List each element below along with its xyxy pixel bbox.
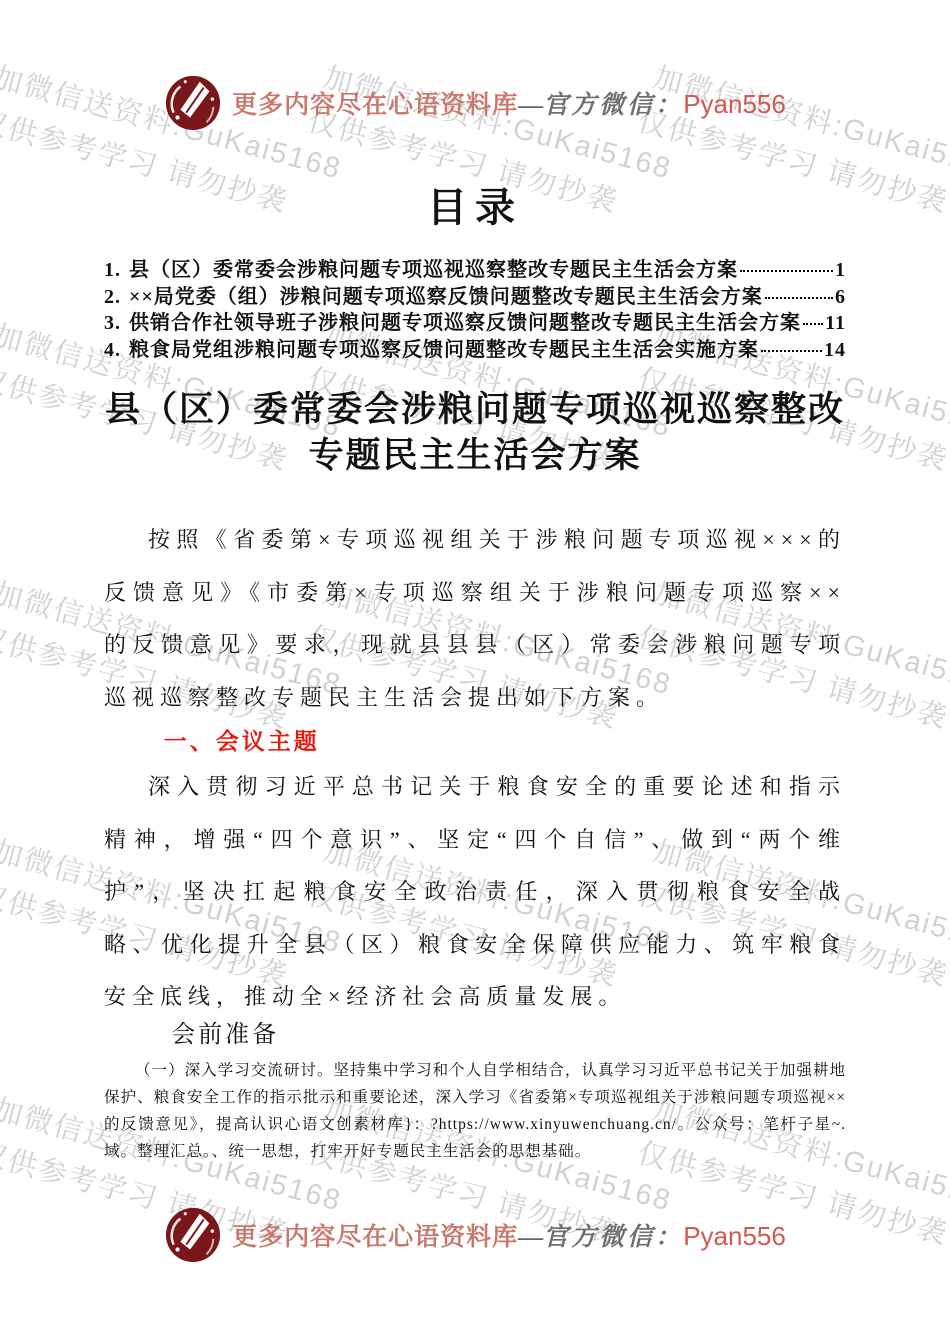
document-content: 更多内容尽在心语资料库—官方微信：Pyan556 目录 1. 县（区）委常委会涉… [0,0,950,1344]
toc-list: 1. 县（区）委常委会涉粮问题专项巡视巡察整改专题民主生活会方案 1 2. ××… [104,257,846,364]
meeting-theme-paragraph: 深入贯彻习近平总书记关于粮食安全的重要论述和指示精神，增强“四个意识”、坚定“四… [104,761,846,1024]
toc-dot-leader [803,323,823,325]
toc-entry-number: 2. [104,284,121,311]
toc-entry-number: 3. [104,310,121,337]
toc-entry-title: 县（区）委常委会涉粮问题专项巡视巡察整改专题民主生活会方案 [129,257,738,284]
brand-wechat-label: 官方微信： [543,1224,683,1251]
toc-title: 目录 [0,184,950,232]
toc-dot-leader [740,270,833,272]
toc-entry-page: 1 [835,257,846,284]
section-heading-meeting-theme: 一、会议主题 [104,726,320,756]
brand-dash: — [518,92,543,119]
xinyuwenchuang-url-link[interactable]: https://www.xinyuwenchuang.cn/ [439,1116,677,1133]
xinyu-pen-logo-icon [164,1206,222,1264]
document-title-line2: 专题民主生活会方案 [60,433,890,479]
brand-wechat-id: Pyan556 [683,1221,786,1251]
toc-entry-1[interactable]: 1. 县（区）委常委会涉粮问题专项巡视巡察整改专题民主生活会方案 1 [104,257,846,284]
xinyu-pen-logo-icon [164,74,222,132]
brand-wechat-label: 官方微信： [543,92,683,119]
header-brand-text: 更多内容尽在心语资料库—官方微信：Pyan556 [232,85,786,121]
brand-wechat-id: Pyan556 [683,89,786,119]
toc-entry-title: ××局党委（组）涉粮问题专项巡察反馈问题整改专题民主生活会方案 [129,284,763,311]
page: 加微信送资料:GuKai5168仅供参考学习 请勿抄袭加微信送资料:GuKai5… [0,0,950,1344]
document-title-line1: 县（区）委常委会涉粮问题专项巡视巡察整改 [60,387,890,433]
toc-entry-page: 14 [824,337,846,364]
toc-entry-number: 4. [104,337,121,364]
toc-entry-page: 11 [825,310,846,337]
toc-entry-2[interactable]: 2. ××局党委（组）涉粮问题专项巡察反馈问题整改专题民主生活会方案 6 [104,284,846,311]
toc-entry-4[interactable]: 4. 粮食局党组涉粮问题专项巡察反馈问题整改专题民主生活会实施方案 14 [104,337,846,364]
intro-paragraph: 按照《省委第×专项巡视组关于涉粮问题专项巡视×××的反馈意见》《市委第×专项巡察… [104,514,846,724]
document-title: 县（区）委常委会涉粮问题专项巡视巡察整改 专题民主生活会方案 [60,387,890,479]
toc-entry-number: 1. [104,257,121,284]
toc-entry-title: 粮食局党组涉粮问题专项巡察反馈问题整改专题民主生活会实施方案 [129,337,759,364]
brand-slogan: 更多内容尽在心语资料库 [232,1224,518,1251]
toc-dot-leader [765,297,833,299]
footer-brandbar: 更多内容尽在心语资料库—官方微信：Pyan556 [0,1206,950,1264]
brand-slogan: 更多内容尽在心语资料库 [232,92,518,119]
pre-meeting-paragraph: （一）深入学习交流研讨。坚持集中学习和个人自学相结合，认真学习习近平总书记关于加… [104,1057,846,1165]
toc-dot-leader [761,350,822,352]
brand-dash: — [518,1224,543,1251]
header-brandbar: 更多内容尽在心语资料库—官方微信：Pyan556 [0,74,950,132]
toc-entry-3[interactable]: 3. 供销合作社领导班子涉粮问题专项巡察反馈问题整改专题民主生活会方案 11 [104,310,846,337]
toc-entry-page: 6 [835,284,846,311]
footer-brand-text: 更多内容尽在心语资料库—官方微信：Pyan556 [232,1217,786,1253]
section-heading-pre-meeting: 会前准备 [104,1019,279,1051]
toc-entry-title: 供销合作社领导班子涉粮问题专项巡察反馈问题整改专题民主生活会方案 [129,310,801,337]
